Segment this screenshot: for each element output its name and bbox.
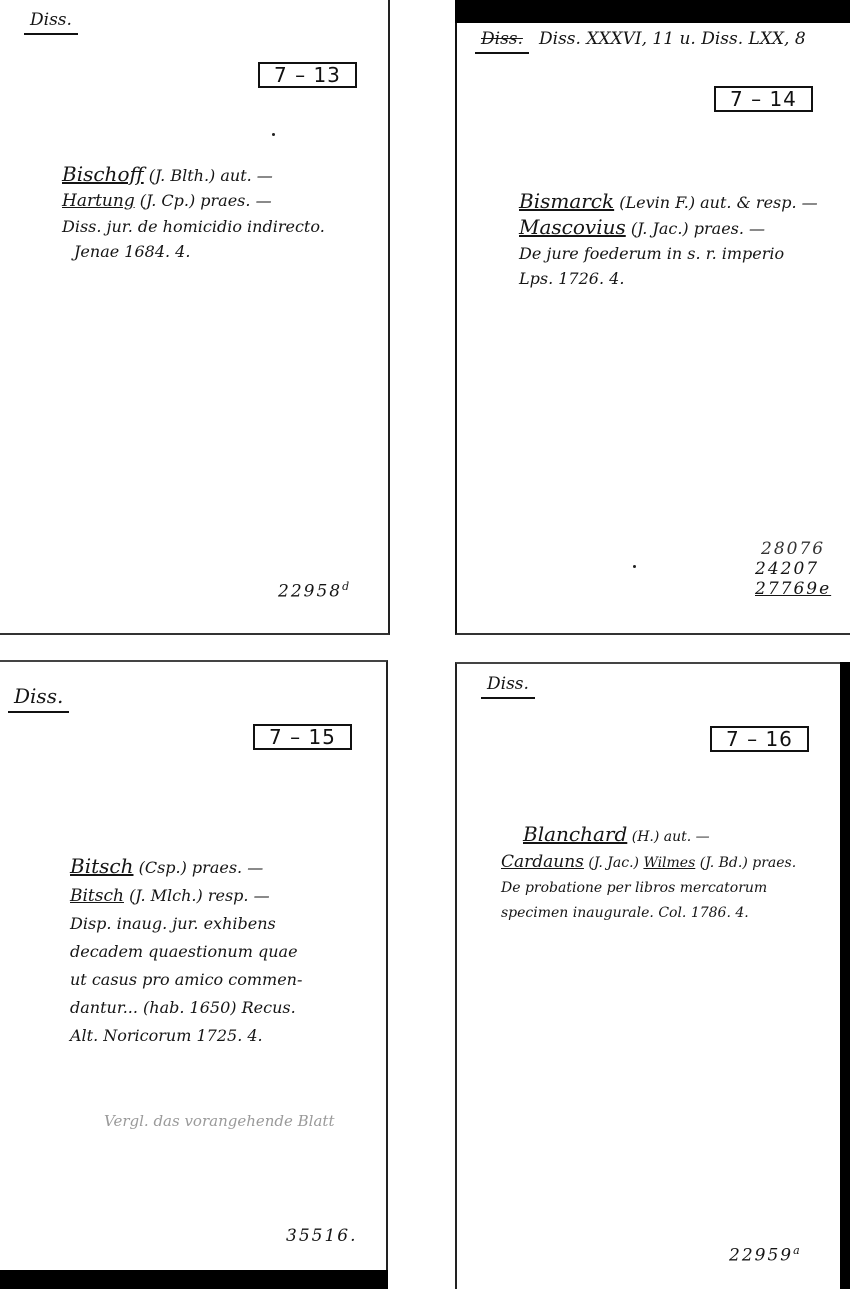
catalog-card-7-16: Diss. 7 – 16 Blanchard (H.) aut. — Carda… — [455, 662, 840, 1289]
entry-line-title-1: De probatione per libros mercatorum — [501, 876, 796, 901]
call-number: 7 – 15 — [253, 724, 352, 750]
entry-line-title-3: ut casus pro amico commen- — [70, 966, 302, 994]
accession-number: 22959a — [729, 1244, 802, 1266]
entry-line-author: Blanchard (H.) aut. — — [501, 822, 796, 850]
accession-number: 35516. — [286, 1226, 357, 1246]
card-entry: Bischoff (J. Blth.) aut. — Hartung (J. C… — [62, 162, 325, 264]
catalog-card-7-15: Diss. 7 – 15 Bitsch (Csp.) praes. — Bits… — [0, 660, 388, 1270]
call-number: 7 – 13 — [258, 62, 357, 88]
entry-line-praeses: Bitsch (Csp.) praes. — — [70, 852, 302, 882]
call-number: 7 – 14 — [714, 86, 813, 112]
entry-line-title-2: decadem quaestionum quae — [70, 938, 302, 966]
entry-line-respondent: Bitsch (J. Mlch.) resp. — — [70, 882, 302, 910]
card-tag: Diss. — [481, 29, 523, 49]
card-tag: Diss. — [487, 674, 529, 694]
entry-line-praeses: Hartung (J. Cp.) praes. — — [62, 188, 325, 214]
entry-line-praesides: Cardauns (J. Jac.) Wilmes (J. Bd.) praes… — [501, 850, 796, 876]
scan-border-top-right — [455, 0, 850, 23]
card-tag: Diss. — [14, 684, 63, 708]
call-number: 7 – 16 — [710, 726, 809, 752]
catalog-card-7-14: Diss. Diss. XXXVI, 11 u. Diss. LXX, 8 7 … — [455, 23, 850, 635]
entry-line-title-4: dantur... (hab. 1650) Recus. — [70, 994, 302, 1022]
entry-line-imprint: Jenae 1684. 4. — [62, 239, 325, 264]
entry-line-title-1: Disp. inaug. jur. exhibens — [70, 910, 302, 938]
card-entry: Bismarck (Levin F.) aut. & resp. — Masco… — [519, 189, 818, 291]
entry-line-author: Bischoff (J. Blth.) aut. — — [62, 162, 325, 188]
ink-speck — [633, 565, 636, 568]
card-tag: Diss. — [30, 10, 72, 30]
entry-line-praeses: Mascovius (J. Jac.) praes. — — [519, 215, 818, 241]
card-entry: Blanchard (H.) aut. — Cardauns (J. Jac.)… — [501, 822, 796, 926]
entry-line-imprint: Lps. 1726. 4. — [519, 266, 818, 291]
header-note: Diss. XXXVI, 11 u. Diss. LXX, 8 — [539, 29, 806, 49]
card-entry: Bitsch (Csp.) praes. — Bitsch (J. Mlch.)… — [70, 852, 302, 1050]
scan-border-bottom-left — [0, 1270, 388, 1289]
entry-line-title: De jure foederum in s. r. imperio — [519, 241, 818, 266]
scan-border-right-bottom — [840, 662, 850, 1289]
accession-number: 22958d — [278, 580, 351, 602]
accession-list: 28076 24207 27769e — [755, 539, 831, 599]
catalog-card-7-13: Diss. 7 – 13 Bischoff (J. Blth.) aut. — … — [0, 0, 390, 635]
entry-line-author: Bismarck (Levin F.) aut. & resp. — — [519, 189, 818, 215]
pencil-note: Vergl. das vorangehende Blatt — [104, 1112, 334, 1130]
entry-line-title-2: specimen inaugurale. Col. 1786. 4. — [501, 901, 796, 926]
ink-speck — [272, 133, 275, 136]
entry-line-title: Diss. jur. de homicidio indirecto. — [62, 214, 325, 239]
entry-line-imprint: Alt. Noricorum 1725. 4. — [70, 1022, 302, 1050]
